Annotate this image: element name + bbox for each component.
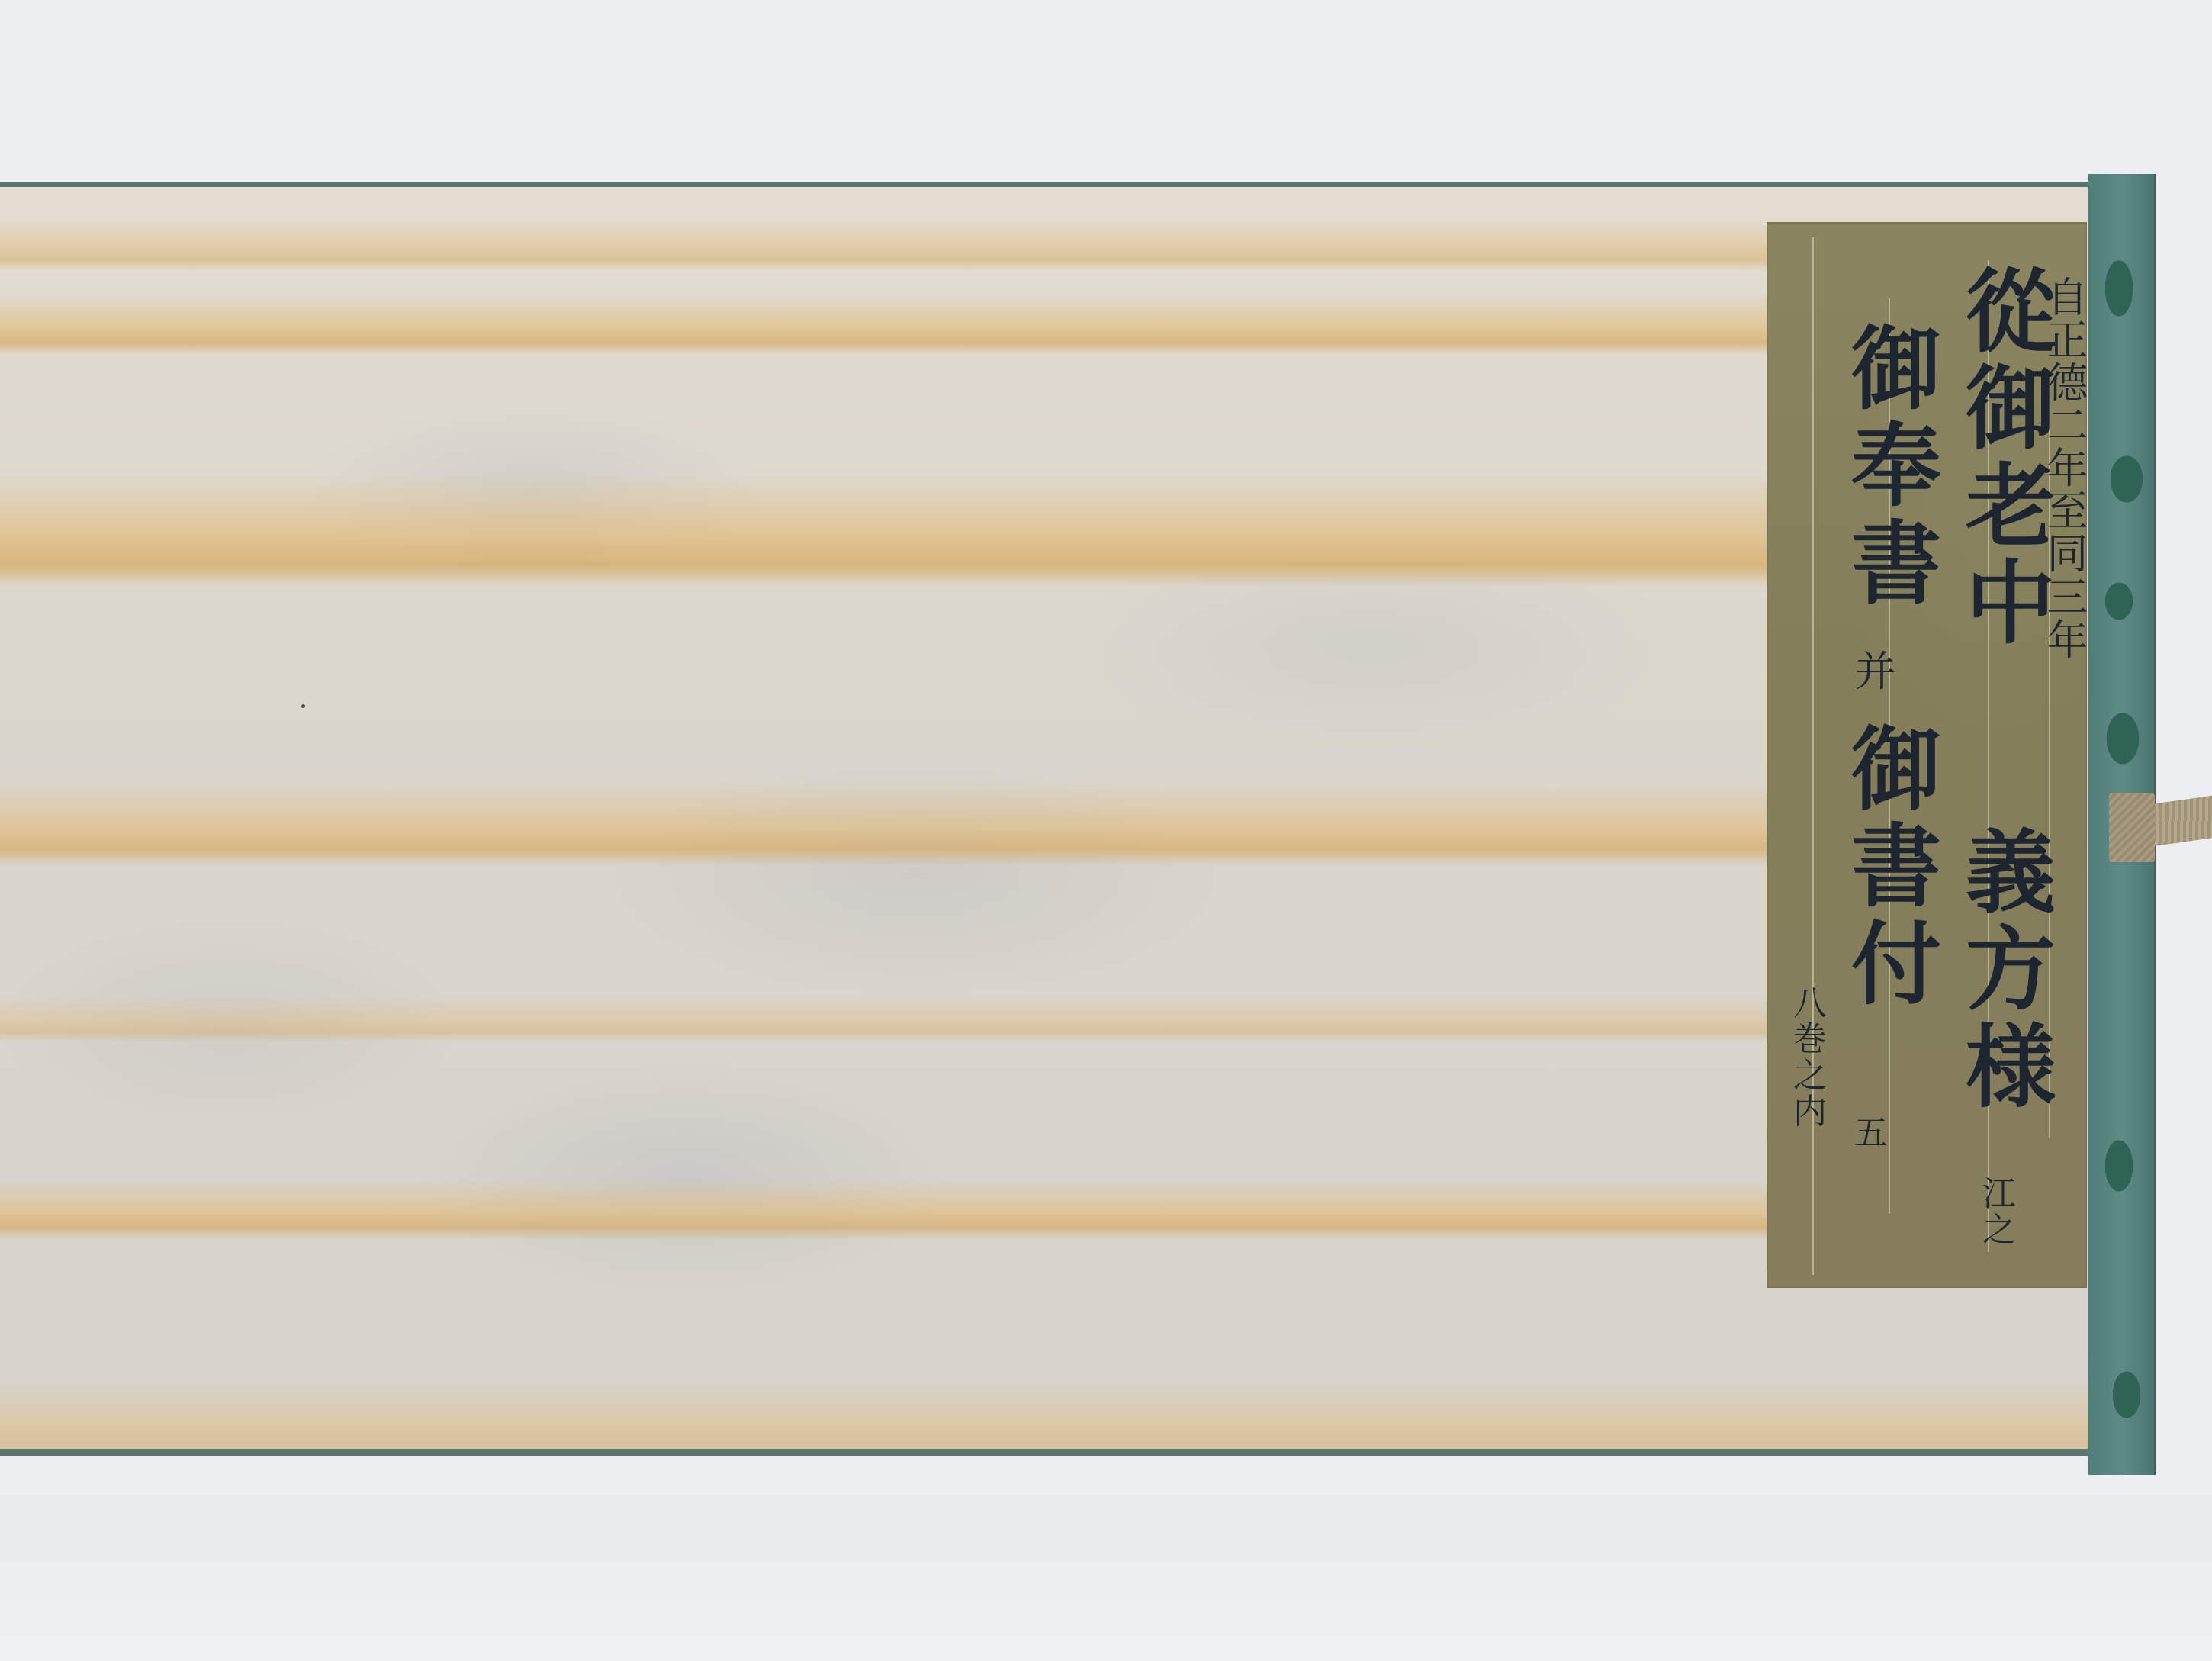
stain-band — [0, 782, 1770, 866]
label-note: 江之 — [1971, 1176, 2020, 1248]
stain-band — [0, 1179, 1770, 1240]
stain-band — [0, 294, 1770, 355]
cord-knot — [2109, 793, 2155, 862]
stain-band — [0, 996, 1770, 1041]
stain-band — [0, 217, 1770, 271]
label-title-line1: 從御老中 — [1938, 264, 2068, 653]
stain-band — [0, 473, 1770, 587]
label-conjunction: 并 — [1843, 649, 1902, 692]
paper-speck — [301, 704, 305, 708]
stain-band — [0, 1377, 2090, 1456]
label-title-line2: 御奉書 — [1824, 321, 1953, 613]
title-label: 自正德二年至同三年 從御老中 義方様 江之 御奉書 并 御書付 五 八巻之内 — [1767, 222, 2087, 1288]
label-title-name: 義方様 — [1938, 825, 2068, 1116]
label-set-count: 八巻之内 — [1782, 985, 1831, 1130]
background — [0, 1495, 2212, 1661]
label-title-line2b: 御書付 — [1824, 722, 1953, 1013]
label-volume-number: 五 — [1843, 1115, 1892, 1151]
